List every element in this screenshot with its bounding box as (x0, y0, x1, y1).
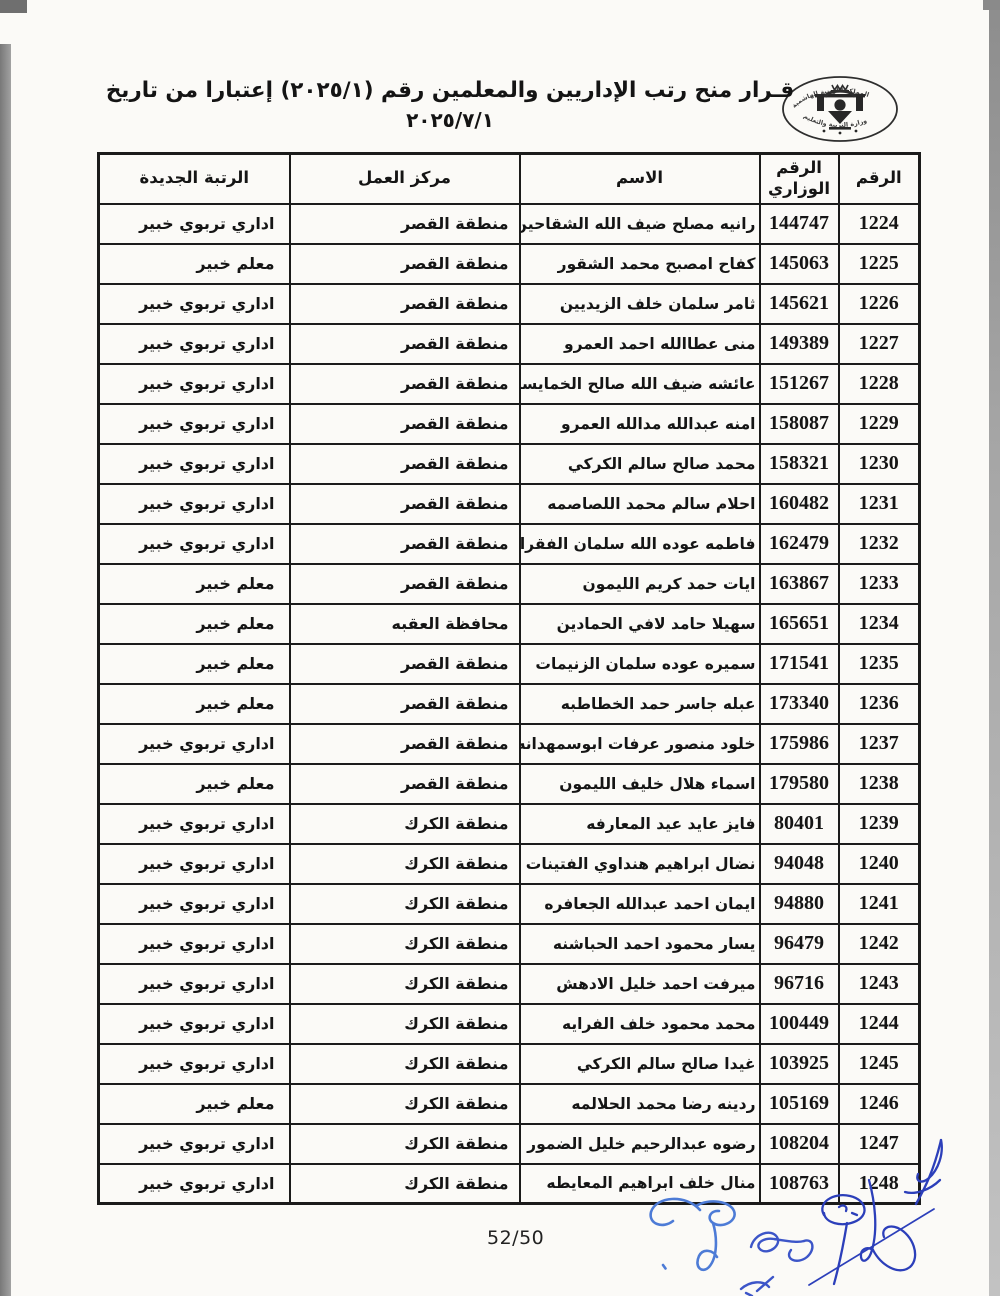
table-row: 1236173340عبله جاسر حمد الخطاطبهمنطقة ال… (99, 684, 920, 724)
employee-name: محمد صالح سالم الكركي (520, 444, 760, 484)
column-header-work-center: مركز العمل (290, 154, 520, 204)
signature-stroke (789, 1240, 812, 1260)
employee-name: فايز عايد عيد المعارفه (520, 804, 760, 844)
column-header-name: الاسم (520, 154, 760, 204)
new-rank: اداري تربوي خبير (99, 964, 290, 1004)
employee-name: عبله جاسر حمد الخطاطبه (520, 684, 760, 724)
new-rank: اداري تربوي خبير (99, 1164, 290, 1204)
scan-edge-left (0, 44, 11, 1296)
work-center: منطقة الكرك (290, 964, 520, 1004)
employee-name: ايمان احمد عبدالله الجعافره (520, 884, 760, 924)
new-rank: اداري تربوي خبير (99, 804, 290, 844)
signature-stroke (651, 1199, 700, 1225)
ministry-number: 96716 (760, 964, 839, 1004)
new-rank: اداري تربوي خبير (99, 524, 290, 564)
row-number: 1234 (839, 604, 920, 644)
new-rank: معلم خبير (99, 244, 290, 284)
row-number: 1231 (839, 484, 920, 524)
table-row: 124194880ايمان احمد عبدالله الجعافرهمنطق… (99, 884, 920, 924)
new-rank: اداري تربوي خبير (99, 364, 290, 404)
ministry-number: 162479 (760, 524, 839, 564)
row-number: 1227 (839, 324, 920, 364)
table-row: 1225145063كفاح امصبح محمد الشقورمنطقة ال… (99, 244, 920, 284)
new-rank: اداري تربوي خبير (99, 404, 290, 444)
work-center: منطقة الكرك (290, 804, 520, 844)
table-row: 124094048نضال ابراهيم هنداوي الفتيناتمنط… (99, 844, 920, 884)
scan-edge-right (989, 0, 1000, 1296)
table-row: 1232162479فاطمه عوده الله سلمان الفقراءم… (99, 524, 920, 564)
new-rank: اداري تربوي خبير (99, 1004, 290, 1044)
row-number: 1226 (839, 284, 920, 324)
table-row: 1234165651سهيلا حامد لافي الحمادينمحافظة… (99, 604, 920, 644)
ministry-number: 94048 (760, 844, 839, 884)
ranks-table: الرقم الرقم الوزاري الاسم مركز العمل الر… (97, 152, 921, 1205)
employee-name: امنه عبدالله مدالله العمرو (520, 404, 760, 444)
new-rank: اداري تربوي خبير (99, 324, 290, 364)
table-row: 1237175986خلود منصور عرفات ابوسمهدانهمنط… (99, 724, 920, 764)
row-number: 1240 (839, 844, 920, 884)
ministry-number: 158087 (760, 404, 839, 444)
employee-name: فاطمه عوده الله سلمان الفقراء (520, 524, 760, 564)
table-row: 1229158087امنه عبدالله مدالله العمرومنطق… (99, 404, 920, 444)
new-rank: معلم خبير (99, 644, 290, 684)
signature-stroke (834, 1223, 847, 1284)
ministry-number: 103925 (760, 1044, 839, 1084)
employee-name: غيدا صالح سالم الكركي (520, 1044, 760, 1084)
work-center: منطقة القصر (290, 284, 520, 324)
ministry-number: 100449 (760, 1004, 839, 1044)
table-row: 124296479يسار محمود احمد الحباشنهمنطقة ا… (99, 924, 920, 964)
signature-stroke (751, 1233, 804, 1252)
table-row: 1244100449محمد محمود خلف الفرايهمنطقة ال… (99, 1004, 920, 1044)
new-rank: معلم خبير (99, 684, 290, 724)
row-number: 1242 (839, 924, 920, 964)
employee-name: ثامر سلمان خلف الزيديين (520, 284, 760, 324)
new-rank: اداري تربوي خبير (99, 884, 290, 924)
work-center: منطقة القصر (290, 404, 520, 444)
work-center: منطقة الكرك (290, 1084, 520, 1124)
new-rank: اداري تربوي خبير (99, 444, 290, 484)
row-number: 1229 (839, 404, 920, 444)
row-number: 1244 (839, 1004, 920, 1044)
work-center: منطقة القصر (290, 524, 520, 564)
ministry-number: 175986 (760, 724, 839, 764)
work-center: منطقة القصر (290, 644, 520, 684)
employee-name: منى عطاالله احمد العمرو (520, 324, 760, 364)
row-number: 1233 (839, 564, 920, 604)
ministry-number: 165651 (760, 604, 839, 644)
table-row: 1231160482احلام سالم محمد اللصاصمهمنطقة … (99, 484, 920, 524)
new-rank: اداري تربوي خبير (99, 924, 290, 964)
ministry-number: 158321 (760, 444, 839, 484)
table-row: 1228151267عائشه ضيف الله صالح الخمايسهمن… (99, 364, 920, 404)
table-row: 1224144747رانيه مصلح ضيف الله الشقاحينمن… (99, 204, 920, 244)
row-number: 1245 (839, 1044, 920, 1084)
employee-name: محمد محمود خلف الفرايه (520, 1004, 760, 1044)
work-center: منطقة القصر (290, 484, 520, 524)
scan-corner-top-right (983, 0, 1000, 10)
work-center: منطقة الكرك (290, 1124, 520, 1164)
table-row: 1233163867ايات حمد كريم الليمونمنطقة الق… (99, 564, 920, 604)
row-number: 1232 (839, 524, 920, 564)
ministry-number: 171541 (760, 644, 839, 684)
ministry-number: 163867 (760, 564, 839, 604)
signature-stroke (757, 1277, 773, 1291)
column-header-new-rank: الرتبة الجديدة (99, 154, 290, 204)
row-number: 1236 (839, 684, 920, 724)
employee-name: خلود منصور عرفات ابوسمهدانه (520, 724, 760, 764)
row-number: 1243 (839, 964, 920, 1004)
page-number: 52/50 (487, 1227, 544, 1249)
work-center: منطقة القصر (290, 324, 520, 364)
work-center: منطقة القصر (290, 204, 520, 244)
table-row: 1230158321محمد صالح سالم الكركيمنطقة الق… (99, 444, 920, 484)
table-row: 1226145621ثامر سلمان خلف الزيديينمنطقة ا… (99, 284, 920, 324)
table-row: 1238179580اسماء هلال خليف الليمونمنطقة ا… (99, 764, 920, 804)
ministry-number: 173340 (760, 684, 839, 724)
table-row: 1245103925غيدا صالح سالم الكركيمنطقة الك… (99, 1044, 920, 1084)
table-row: 124396716ميرفت احمد خليل الادهشمنطقة الك… (99, 964, 920, 1004)
effective-date: ٢٠٢٥/٧/١ (70, 108, 830, 132)
work-center: منطقة القصر (290, 244, 520, 284)
work-center: منطقة الكرك (290, 884, 520, 924)
work-center: منطقة الكرك (290, 1004, 520, 1044)
new-rank: معلم خبير (99, 1084, 290, 1124)
employee-name: سميره عوده سلمان الزنيمات (520, 644, 760, 684)
new-rank: اداري تربوي خبير (99, 1124, 290, 1164)
new-rank: اداري تربوي خبير (99, 484, 290, 524)
work-center: منطقة الكرك (290, 1044, 520, 1084)
new-rank: معلم خبير (99, 764, 290, 804)
employee-name: رانيه مصلح ضيف الله الشقاحين (520, 204, 760, 244)
row-number: 1241 (839, 884, 920, 924)
ministry-number: 145621 (760, 284, 839, 324)
document-title: قـرار منح رتب الإداريين والمعلمين رقم (٢… (70, 76, 830, 105)
employee-name: احلام سالم محمد اللصاصمه (520, 484, 760, 524)
row-number: 1228 (839, 364, 920, 404)
employee-name: سهيلا حامد لافي الحمادين (520, 604, 760, 644)
row-number: 1235 (839, 644, 920, 684)
employee-name: نضال ابراهيم هنداوي الفتينات (520, 844, 760, 884)
new-rank: اداري تربوي خبير (99, 284, 290, 324)
row-number: 1224 (839, 204, 920, 244)
work-center: منطقة القصر (290, 444, 520, 484)
table-row: 123980401فايز عايد عيد المعارفهمنطقة الك… (99, 804, 920, 844)
signature-stroke (916, 1140, 941, 1204)
employee-name: يسار محمود احمد الحباشنه (520, 924, 760, 964)
work-center: منطقة القصر (290, 724, 520, 764)
document-header: قـرار منح رتب الإداريين والمعلمين رقم (٢… (70, 76, 830, 132)
work-center: منطقة الكرك (290, 1164, 520, 1204)
ministry-number: 80401 (760, 804, 839, 844)
signatures-ink (600, 1118, 1000, 1296)
new-rank: معلم خبير (99, 604, 290, 644)
table-header-row: الرقم الرقم الوزاري الاسم مركز العمل الر… (99, 154, 920, 204)
scan-corner-top-left (0, 0, 27, 13)
work-center: منطقة القصر (290, 684, 520, 724)
row-number: 1237 (839, 724, 920, 764)
signature-dot (663, 1265, 666, 1269)
employee-name: كفاح امصبح محمد الشقور (520, 244, 760, 284)
new-rank: معلم خبير (99, 564, 290, 604)
work-center: محافظة العقبه (290, 604, 520, 644)
ministry-number: 145063 (760, 244, 839, 284)
scanned-document-page: المملكة الأردنية الهاشمية وزارة التربية … (0, 0, 1000, 1296)
rank-table-body: 1224144747رانيه مصلح ضيف الله الشقاحينمن… (99, 204, 920, 1204)
ministry-number: 144747 (760, 204, 839, 244)
column-header-ministry-number: الرقم الوزاري (760, 154, 839, 204)
work-center: منطقة الكرك (290, 844, 520, 884)
employee-name: ميرفت احمد خليل الادهش (520, 964, 760, 1004)
employee-name: ايات حمد كريم الليمون (520, 564, 760, 604)
ministry-number: 96479 (760, 924, 839, 964)
employee-name: اسماء هلال خليف الليمون (520, 764, 760, 804)
signature-stroke (697, 1223, 717, 1270)
row-number: 1239 (839, 804, 920, 844)
signature-stroke (839, 1206, 846, 1211)
employee-name: عائشه ضيف الله صالح الخمايسه (520, 364, 760, 404)
new-rank: اداري تربوي خبير (99, 1044, 290, 1084)
ministry-number: 179580 (760, 764, 839, 804)
work-center: منطقة القصر (290, 364, 520, 404)
row-number: 1225 (839, 244, 920, 284)
work-center: منطقة القصر (290, 764, 520, 804)
ministry-number: 94880 (760, 884, 839, 924)
new-rank: اداري تربوي خبير (99, 204, 290, 244)
table-row: 1235171541سميره عوده سلمان الزنيماتمنطقة… (99, 644, 920, 684)
new-rank: اداري تربوي خبير (99, 844, 290, 884)
new-rank: اداري تربوي خبير (99, 724, 290, 764)
work-center: منطقة القصر (290, 564, 520, 604)
work-center: منطقة الكرك (290, 924, 520, 964)
signature-stroke (696, 1201, 735, 1225)
signature-stroke (852, 1213, 857, 1215)
signature-stroke (861, 1180, 875, 1261)
row-number: 1238 (839, 764, 920, 804)
ministry-number: 160482 (760, 484, 839, 524)
table-row: 1227149389منى عطاالله احمد العمرومنطقة ا… (99, 324, 920, 364)
signature-stroke (822, 1195, 864, 1224)
ministry-number: 149389 (760, 324, 839, 364)
ministry-number: 151267 (760, 364, 839, 404)
row-number: 1230 (839, 444, 920, 484)
column-header-number: الرقم (839, 154, 920, 204)
